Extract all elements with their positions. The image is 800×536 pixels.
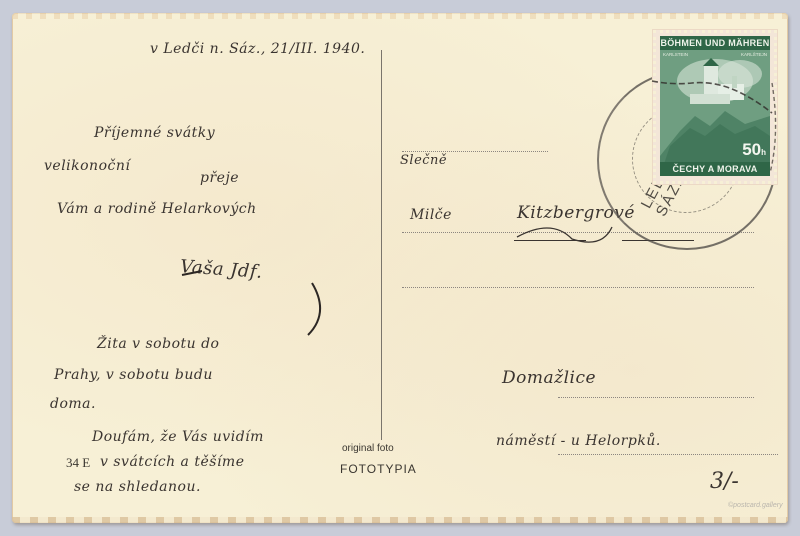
paragraph2-line-3: doma. bbox=[50, 396, 96, 412]
name-underline-1 bbox=[514, 240, 586, 241]
postcard: v Ledči n. Sáz., 21/III. 1940. Příjemné … bbox=[12, 13, 788, 523]
message-line-1: Příjemné svátky bbox=[94, 125, 215, 141]
center-divider bbox=[381, 50, 382, 440]
stamp-image: BÖHMEN UND MÄHREN KARLSTEIN KARLŠTEJN 50… bbox=[660, 36, 770, 176]
deckled-edge-bottom bbox=[12, 517, 788, 523]
stamp-value: 50h bbox=[742, 140, 766, 160]
watermark: ©postcard.gallery bbox=[728, 502, 783, 509]
paragraph3-line-3: se na shledanou. bbox=[74, 479, 201, 495]
address-dotted-line-1 bbox=[402, 151, 548, 152]
paragraph3-line-2: v svátcích a těšíme bbox=[100, 454, 244, 470]
address-city: Domažlice bbox=[502, 368, 596, 388]
publisher-line-1: original foto bbox=[342, 443, 394, 454]
deckled-edge-top bbox=[12, 13, 788, 19]
series-code: 34 E bbox=[66, 455, 90, 471]
address-dotted-line-4 bbox=[558, 397, 754, 398]
paragraph2-line-1: Žita v sobotu do bbox=[97, 336, 219, 352]
stamp-caption-right: KARLŠTEJN bbox=[741, 52, 767, 57]
message-line-4: Vám a rodině Helarkových bbox=[57, 201, 257, 217]
stamp-value-unit: h bbox=[761, 148, 766, 157]
paragraph3-line-1: Doufám, že Vás uvidím bbox=[92, 429, 264, 445]
address-dotted-line-5 bbox=[558, 454, 778, 455]
stamp-bottom-text: ČECHY A MORAVA bbox=[660, 162, 770, 176]
postage-stamp: BÖHMEN UND MÄHREN KARLSTEIN KARLŠTEJN 50… bbox=[653, 30, 777, 184]
message-line-2: velikonoční bbox=[44, 158, 130, 174]
publisher-line-2: FOTOTYPIA bbox=[340, 462, 417, 476]
price-mark: 3/- bbox=[710, 469, 739, 494]
place-date: v Ledči n. Sáz., 21/III. 1940. bbox=[150, 41, 365, 57]
message-line-3: přeje bbox=[200, 170, 239, 186]
signature: Vaša Jdf. bbox=[179, 256, 263, 283]
paragraph2-line-2: Prahy, v sobotu budu bbox=[54, 367, 213, 383]
address-dotted-line-3 bbox=[402, 287, 754, 288]
address-street: náměstí - u Helorpků. bbox=[496, 433, 661, 449]
stamp-caption-left: KARLSTEIN bbox=[663, 52, 688, 57]
stamp-value-number: 50 bbox=[742, 140, 761, 159]
address-name-prefix: Milče bbox=[410, 207, 452, 223]
stamp-top-text: BÖHMEN UND MÄHREN bbox=[660, 36, 770, 50]
address-salutation: Slečně bbox=[400, 153, 447, 168]
